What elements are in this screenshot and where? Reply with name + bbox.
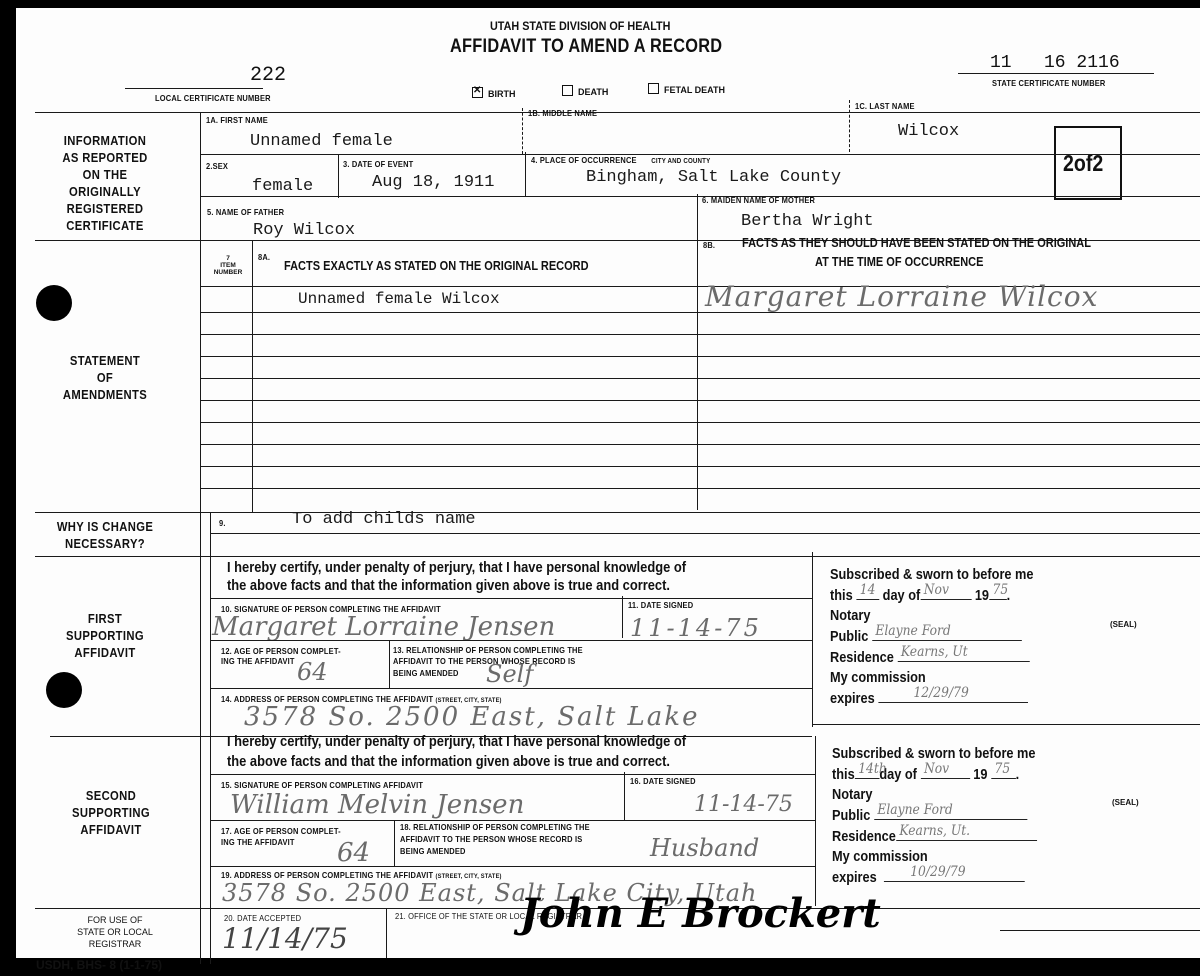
notary-expires: 10/29/79 xyxy=(910,862,965,882)
notary-day-field[interactable]: 14th xyxy=(855,764,880,779)
amendment-row-1-original[interactable]: Unnamed female Wilcox xyxy=(298,290,500,308)
notary-year: 75 xyxy=(995,759,1011,779)
first-signature[interactable]: Margaret Lorraine Jensen xyxy=(212,612,555,642)
second-seal-label: (SEAL) xyxy=(1112,798,1139,807)
second-signature-label: 15. SIGNATURE OF PERSON COMPLETING AFFID… xyxy=(221,780,423,790)
residence-label: Residence xyxy=(830,650,894,666)
notary-date-line: this 14 day ofNov 1975. xyxy=(830,585,1034,606)
notary-expires-line: expires 12/29/79 xyxy=(830,688,1034,709)
rule xyxy=(200,400,1200,401)
notary-month: Nov xyxy=(924,759,949,779)
this-label: this xyxy=(830,588,853,604)
place-of-occurrence-label: 4. PLACE OF OCCURRENCE CITY AND COUNTY xyxy=(531,155,710,165)
first-age-label-1: 12. AGE OF PERSON COMPLET- xyxy=(221,646,341,656)
rule xyxy=(252,240,253,512)
fetal-death-label: FETAL DEATH xyxy=(664,85,725,95)
notary-date-line: this14thday of Nov 19 75. xyxy=(832,764,1037,785)
rule xyxy=(815,736,816,906)
notary-expires-field[interactable]: 12/29/79 xyxy=(878,688,1028,703)
rule xyxy=(210,820,815,821)
notary-day: 14th xyxy=(858,759,887,779)
notary-expires: 12/29/79 xyxy=(913,683,968,703)
rule xyxy=(200,334,1200,335)
form-id: USDH, BHS- 8 (1-1-75) xyxy=(36,958,162,972)
section-line: AS REPORTED xyxy=(47,150,164,167)
rule xyxy=(386,908,387,958)
section-line: REGISTRAR xyxy=(50,938,180,950)
section-line: ORIGINALLY xyxy=(47,184,164,201)
birth-label: BIRTH xyxy=(488,89,516,99)
middle-name-label: 1B. MIDDLE NAME xyxy=(528,108,597,118)
rule xyxy=(210,533,1200,534)
section-label-why-change: WHY IS CHANGE NECESSARY? xyxy=(42,519,168,553)
rule xyxy=(697,238,698,510)
rule xyxy=(200,466,1200,467)
section-line: NECESSARY? xyxy=(42,536,168,553)
second-date-signed[interactable]: 11-14-75 xyxy=(694,792,793,817)
col-8b-header-line1: FACTS AS THEY SHOULD HAVE BEEN STATED ON… xyxy=(742,236,1091,250)
punch-hole xyxy=(46,672,82,708)
section-line: REGISTERED xyxy=(47,201,164,218)
first-certify-line-2: the above facts and that the information… xyxy=(227,575,670,597)
last-name-label: 1C. LAST NAME xyxy=(855,101,915,111)
father-name-label: 5. NAME OF FATHER xyxy=(207,207,284,217)
second-relationship[interactable]: Husband xyxy=(650,834,759,862)
first-relationship-label-3: BEING AMENDED xyxy=(393,668,459,678)
date-of-event-value[interactable]: Aug 18, 1911 xyxy=(372,173,494,192)
notary-residence-field[interactable]: Kearns, Ut xyxy=(897,647,1029,662)
this-label: this xyxy=(832,767,855,783)
rule xyxy=(525,152,526,196)
rule xyxy=(200,444,1200,445)
section-line: AFFIDAVIT xyxy=(47,645,164,662)
expires-label: expires xyxy=(830,691,875,707)
sex-label: 2.SEX xyxy=(206,161,228,171)
mother-maiden-name-value[interactable]: Bertha Wright xyxy=(741,212,874,231)
second-certify-line-1: I hereby certify, under penalty of perju… xyxy=(227,731,686,753)
section-line: OF xyxy=(47,370,164,387)
section-line: FIRST xyxy=(47,611,164,628)
section-line: SECOND xyxy=(53,788,170,805)
record-type-fetal-death[interactable]: FETAL DEATH xyxy=(648,83,725,95)
notary-public-field[interactable]: Elayne Ford xyxy=(874,805,1027,820)
notary-month: Nov xyxy=(924,580,949,600)
section-line: STATEMENT xyxy=(47,353,164,370)
section-label-amendments: STATEMENT OF AMENDMENTS xyxy=(47,353,164,404)
public-label: Public xyxy=(832,808,870,824)
first-relationship-label-2: AFFIDAVIT TO THE PERSON WHOSE RECORD IS xyxy=(393,656,575,666)
sex-value[interactable]: female xyxy=(252,177,313,196)
notary-expires-field[interactable]: 10/29/79 xyxy=(884,867,1025,882)
notary-year: 75 xyxy=(993,580,1009,600)
section-line: ON THE xyxy=(47,167,164,184)
notary-public-name: Elayne Ford xyxy=(877,800,952,820)
father-name-value[interactable]: Roy Wilcox xyxy=(253,221,355,240)
item-label-line: NUMBER xyxy=(208,269,248,276)
section-label-first-affidavit: FIRST SUPPORTING AFFIDAVIT xyxy=(47,611,164,662)
second-relationship-label-1: 18. RELATIONSHIP OF PERSON COMPLETING TH… xyxy=(400,822,590,832)
first-notary-block: Subscribed & sworn to before me this 14 … xyxy=(830,565,1034,709)
second-date-signed-label: 16. DATE SIGNED xyxy=(630,776,696,786)
second-relationship-label-3: BEING AMENDED xyxy=(400,846,466,856)
rule xyxy=(210,688,812,689)
first-name-value[interactable]: Unnamed female xyxy=(250,132,393,151)
notary-public-field[interactable]: Elayne Ford xyxy=(872,626,1022,641)
rule xyxy=(624,772,625,820)
rule xyxy=(200,356,1200,357)
first-address[interactable]: 3578 So. 2500 East, Salt Lake xyxy=(244,702,699,732)
last-name-value[interactable]: Wilcox xyxy=(898,122,959,141)
rule xyxy=(210,640,812,641)
place-label-text: 4. PLACE OF OCCURRENCE xyxy=(531,155,637,165)
section-line: AFFIDAVIT xyxy=(53,822,170,839)
notary-month-field[interactable]: Nov xyxy=(920,585,971,600)
section-label-original-info: INFORMATION AS REPORTED ON THE ORIGINALL… xyxy=(47,133,164,235)
notary-residence-line: ResidenceKearns, Ut. xyxy=(832,826,1037,847)
mother-maiden-name-label: 6. MAIDEN NAME OF MOTHER xyxy=(702,195,815,205)
first-age[interactable]: 64 xyxy=(297,658,328,686)
notary-month-field[interactable]: Nov xyxy=(920,764,969,779)
notary-public-name: Elayne Ford xyxy=(875,621,950,641)
day-of-label: day of xyxy=(883,588,921,604)
rule xyxy=(210,774,815,775)
first-relationship-label-1: 13. RELATIONSHIP OF PERSON COMPLETING TH… xyxy=(393,645,583,655)
rule xyxy=(200,378,1200,379)
death-label: DEATH xyxy=(578,87,608,97)
year-prefix: 19 xyxy=(975,588,989,604)
rule xyxy=(35,112,1200,113)
notary-residence-field[interactable]: Kearns, Ut. xyxy=(896,826,1037,841)
section-line: FOR USE OF xyxy=(50,914,180,926)
notary-day: 14 xyxy=(860,580,876,600)
rule xyxy=(697,194,698,240)
public-label: Public xyxy=(830,629,868,645)
second-signature[interactable]: William Melvin Jensen xyxy=(230,790,524,820)
section-line: STATE OR LOCAL xyxy=(50,926,180,938)
expires-label: expires xyxy=(832,870,877,886)
rule xyxy=(210,512,211,964)
second-age-label-1: 17. AGE OF PERSON COMPLET- xyxy=(221,826,341,836)
first-seal-label: (SEAL) xyxy=(1110,620,1137,629)
local-certificate-label: LOCAL CERTIFICATE NUMBER xyxy=(155,93,271,103)
section-label-registrar: FOR USE OF STATE OR LOCAL REGISTRAR xyxy=(50,914,180,950)
agency-name: UTAH STATE DIVISION OF HEALTH xyxy=(490,19,670,33)
first-age-label-2: ING THE AFFIDAVIT xyxy=(221,656,295,666)
rule xyxy=(389,640,390,688)
why-change-number: 9. xyxy=(219,518,226,528)
death-checkbox[interactable] xyxy=(562,85,573,96)
date-accepted[interactable]: 11/14/75 xyxy=(222,922,348,955)
residence-label: Residence xyxy=(832,829,896,845)
second-certify-line-2: the above facts and that the information… xyxy=(227,751,670,773)
place-sublabel: CITY AND COUNTY xyxy=(651,158,710,165)
first-relationship[interactable]: Self xyxy=(486,660,533,688)
record-type-birth[interactable]: BIRTH xyxy=(472,87,516,99)
place-value[interactable]: Bingham, Salt Lake County xyxy=(586,168,841,187)
col-8b-number: 8B. xyxy=(703,240,715,250)
notary-residence: Kearns, Ut. xyxy=(899,821,970,841)
rule xyxy=(812,552,813,727)
first-name-label: 1A. FIRST NAME xyxy=(206,115,268,125)
section-line: AMENDMENTS xyxy=(47,387,164,404)
state-certificate-label: STATE CERTIFICATE NUMBER xyxy=(992,78,1106,88)
rule xyxy=(338,154,339,198)
second-notary-block: Subscribed & sworn to before me this14th… xyxy=(832,744,1037,888)
rule xyxy=(200,488,1200,489)
record-type-death[interactable]: DEATH xyxy=(562,85,608,97)
rule xyxy=(622,596,623,638)
notary-year-field[interactable]: 75 xyxy=(989,585,1007,600)
state-cert-underline xyxy=(958,73,1154,74)
item-number-header: 7 ITEM NUMBER xyxy=(208,255,248,276)
item-label-line: 7 xyxy=(208,255,248,262)
rule xyxy=(522,108,523,154)
rule xyxy=(849,100,850,152)
col-8b-header-line2: AT THE TIME OF OCCURRENCE xyxy=(815,255,983,269)
rule xyxy=(200,196,1200,197)
rule xyxy=(200,422,1200,423)
section-line: WHY IS CHANGE xyxy=(42,519,168,536)
form-title: AFFIDAVIT TO AMEND A RECORD xyxy=(450,36,722,58)
rule xyxy=(812,724,1200,725)
second-age-label-2: ING THE AFFIDAVIT xyxy=(221,837,295,847)
first-date-signed-label: 11. DATE SIGNED xyxy=(628,600,693,610)
year-prefix: 19 xyxy=(973,767,987,783)
birth-checkbox-checked[interactable] xyxy=(472,87,483,98)
first-date-signed[interactable]: 11-14-75 xyxy=(630,614,762,642)
why-change-reason[interactable]: To add childs name xyxy=(292,510,476,529)
section-label-second-affidavit: SECOND SUPPORTING AFFIDAVIT xyxy=(53,788,170,839)
col-8a-number: 8A. xyxy=(258,252,270,262)
section-line: CERTIFICATE xyxy=(47,218,164,235)
second-age[interactable]: 64 xyxy=(337,838,370,868)
notary-day-field[interactable]: 14 xyxy=(856,585,879,600)
section-line: SUPPORTING xyxy=(47,628,164,645)
notary-residence-line: Residence Kearns, Ut xyxy=(830,647,1034,668)
notary-expires-line: expires 10/29/79 xyxy=(832,867,1037,888)
section-line: INFORMATION xyxy=(47,133,164,150)
rule xyxy=(210,598,812,599)
second-relationship-label-2: AFFIDAVIT TO THE PERSON WHOSE RECORD IS xyxy=(400,834,582,844)
rule xyxy=(1000,930,1200,931)
rule xyxy=(394,820,395,866)
notary-year-field[interactable]: 75 xyxy=(991,764,1016,779)
local-cert-underline xyxy=(125,88,263,89)
date-of-event-label: 3. DATE OF EVENT xyxy=(343,159,413,169)
registrar-signature[interactable]: John E Brockert xyxy=(520,890,881,937)
amendment-row-1-corrected[interactable]: Margaret Lorraine Wilcox xyxy=(705,280,1098,313)
state-certificate-number: 11 16 2116 xyxy=(990,53,1120,73)
local-certificate-number: 222 xyxy=(250,64,286,87)
notary-residence: Kearns, Ut xyxy=(901,642,968,662)
item-label-line: ITEM xyxy=(208,262,248,269)
section-line: SUPPORTING xyxy=(53,805,170,822)
rule xyxy=(210,866,815,867)
col-8a-header: FACTS EXACTLY AS STATED ON THE ORIGINAL … xyxy=(284,259,589,273)
fetal-death-checkbox[interactable] xyxy=(648,83,659,94)
punch-hole xyxy=(36,285,72,321)
